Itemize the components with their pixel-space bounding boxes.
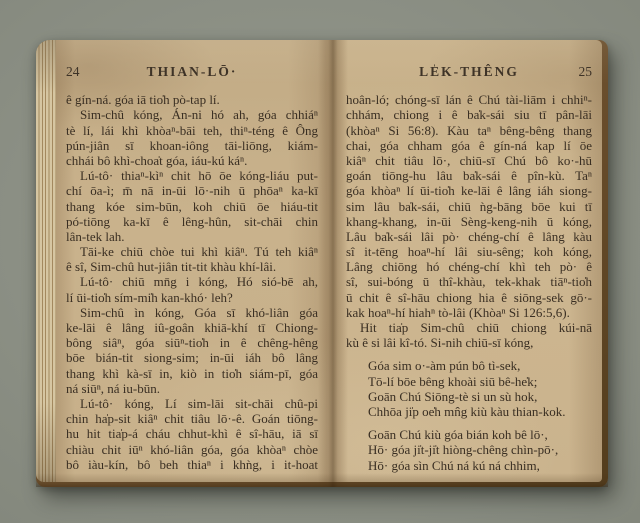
text-line: ū chit ê sî-hāu chiong hia ê siōng-sek g… <box>346 290 592 305</box>
text-line: Lú-tô· thiaⁿ-kìⁿ chit hō ōe kóng-liáu pu… <box>66 168 318 183</box>
text-line: kiâⁿ chit tiâu lō·, chiū-sī Chú bô ko·-h… <box>346 153 592 168</box>
text-line: Lâu ba̍k-sái lâi pò· chéng-chí ê lâng kà… <box>346 229 592 244</box>
left-page: 24 THIAN-LŌ· ê gín-ná. góa iā tio̍h pò-t… <box>56 40 326 482</box>
text-line: chhám, chiong i ê ba̍k-sái siu tī pân-lā… <box>346 107 592 122</box>
text-line: Tāi-ke chiū chòe tui khì kiâⁿ. Tú teh ki… <box>66 244 318 259</box>
text-line: chiàu chit iūⁿ khó-liân góa, góa khòaⁿ c… <box>66 442 318 457</box>
text-line: góa khòaⁿ lí ūi-tio̍h ke-lāi ê lâng iáh … <box>346 183 592 198</box>
text-line: chin ha̍p-sit kiâⁿ chit tiâu lō·-ê. Goán… <box>66 411 318 426</box>
right-page-header: LE̍K-THÊNG 25 <box>346 64 592 79</box>
text-line: sim lâu ba̍k-sái, chiū ǹg-bāng bōe kui t… <box>346 199 592 214</box>
photo-of-open-book: { "book_title_running_head": "THIAN-LŌ· … <box>0 0 640 523</box>
text-line: ná siūⁿ, ná iu-būn. <box>66 381 318 396</box>
text-line: khang-khang, in-ūi Sèng-keng-nih ū kóng, <box>346 214 592 229</box>
poem-line: Tō-lí bōe bêng khoài siū bê-he̍k; <box>346 374 592 389</box>
text-line: ke-lāi ê lâng iû-goân khiā-khí tī Chiong… <box>66 320 318 335</box>
open-book: 24 THIAN-LŌ· ê gín-ná. góa iā tio̍h pò-t… <box>36 40 608 487</box>
running-head-left: THIAN-LŌ· <box>100 64 284 79</box>
book-pages-surface: 24 THIAN-LŌ· ê gín-ná. góa iā tio̍h pò-t… <box>36 40 602 482</box>
poem-line: Chhōa ji̍p oe̍h mn̂g kiù kàu thian-kok. <box>346 404 592 419</box>
text-line: bô iàu-kín, bô beh thiaⁿ i khǹg, i it-ho… <box>66 457 318 472</box>
text-line: (khòaⁿ Si 56:8). Kàu taⁿ bêng-bêng thang <box>346 123 592 138</box>
poem-line: Goān Chú kiù góa bián koh bê lō·, <box>346 427 592 442</box>
text-line: pún-jiân sī khoan-iông tāi-liōng, kiám- <box>66 138 318 153</box>
right-page-text: hoân-ló; chóng-sī lán ê Chú tài-liām i c… <box>346 92 592 473</box>
stacked-page-edges <box>36 40 56 482</box>
text-line: Lú-tô· kóng, Lí sim-lāi sit-chāi chû-pi <box>66 396 318 411</box>
text-line: chai, góa chham góa ê gín-ná kap lí ōe <box>346 138 592 153</box>
text-line: Sim-chû ìn kóng, Góa sī khó-liân góa <box>66 305 318 320</box>
running-head-right: LE̍K-THÊNG <box>380 64 558 79</box>
text-line: kù ê si lâi kî-tó. Si-nih chiū-sī kóng, <box>346 335 592 350</box>
text-line: chhái bô khì-choa̍t góa, iáu-kú káⁿ. <box>66 153 318 168</box>
text-line: sî, sui-bóng ū thî-khàu, tek-khak tiāⁿ-t… <box>346 274 592 289</box>
poem-line: Góa sim o·-àm pún bô tì-sek, <box>346 358 592 373</box>
page-number-25: 25 <box>558 64 592 79</box>
left-page-text: ê gín-ná. góa iā tio̍h pò-tap lí. Sim-ch… <box>66 92 318 472</box>
text-line: lí ūi-tio̍h sím-mi̍h kan-khó· leh? <box>66 290 318 305</box>
hymn-stanza-1: Góa sim o·-àm pún bô tì-sek, Tō-lí bōe b… <box>346 358 592 419</box>
text-line: Sim-chû kóng, Án-ni hó ah, góa chhiáⁿ <box>66 107 318 122</box>
text-line: ê sî, Sim-chû hut-jiân tit-tit khàu khí-… <box>66 259 318 274</box>
poem-line: Goān Chú Siōng-tè si un sù hok, <box>346 389 592 404</box>
text-line: bōe bián-tit siong-sim; in-ūi iáh bô lân… <box>66 350 318 365</box>
text-line: thang khì kà-sī in, kiò in tio̍h siám-pī… <box>66 366 318 381</box>
right-page: LE̍K-THÊNG 25 hoân-ló; chóng-sī lán ê Ch… <box>326 40 602 482</box>
text-line: ê gín-ná. góa iā tio̍h pò-tap lí. <box>66 92 318 107</box>
text-line: Hit tia̍p Sim-chû chiū chiong kúi-nā <box>346 320 592 335</box>
text-line: goán tiōng-hu lâu ba̍k-sái ê pîn-kù. Taⁿ <box>346 168 592 183</box>
hymn-stanza-2: Goān Chú kiù góa bián koh bê lō·, Hō· gó… <box>346 427 592 473</box>
left-page-header: 24 THIAN-LŌ· <box>66 64 318 79</box>
text-line: Lú-tô· chiū mn̄g i kóng, Hó sió-bē ah, <box>66 274 318 289</box>
text-line: lân-tek lah. <box>66 229 318 244</box>
text-line: hoân-ló; chóng-sī lán ê Chú tài-liām i c… <box>346 92 592 107</box>
text-line: tè lí, lái khì khòaⁿ-bāi teh, thiⁿ-téng … <box>66 123 318 138</box>
text-line: Lâng chiōng hó chéng-chí khì teh pò· ê <box>346 259 592 274</box>
text-line: chí ōa-ì; m̄ nā in-ūi lō·-nih ū phōaⁿ ka… <box>66 183 318 198</box>
page-number-24: 24 <box>66 64 100 79</box>
text-line: thang kóe sim-būn, koh chiū ōe hiáu-tit <box>66 199 318 214</box>
poem-line: Hō· góa sìn Chú ná kú ná chhim, <box>346 458 592 473</box>
text-line: bông siâⁿ, góa siūⁿ-tio̍h in ê chêng-hên… <box>66 335 318 350</box>
text-line: pó-tiōng ka-kī ê lêng-hûn, sit-chāi chin <box>66 214 318 229</box>
text-line: sî it-tēng hoaⁿ-hí lâi siu-sêng; koh kón… <box>346 244 592 259</box>
poem-line: Hō· góa ji̍t-ji̍t hiòng-chêng chìn-pō·, <box>346 442 592 457</box>
text-line: hu hit tia̍p-á cháu chhut-khì ê sî-hāu, … <box>66 426 318 441</box>
text-line: kak hoaⁿ-hí hiahⁿ tò-lâi (Khòaⁿ Si 126:5… <box>346 305 592 320</box>
